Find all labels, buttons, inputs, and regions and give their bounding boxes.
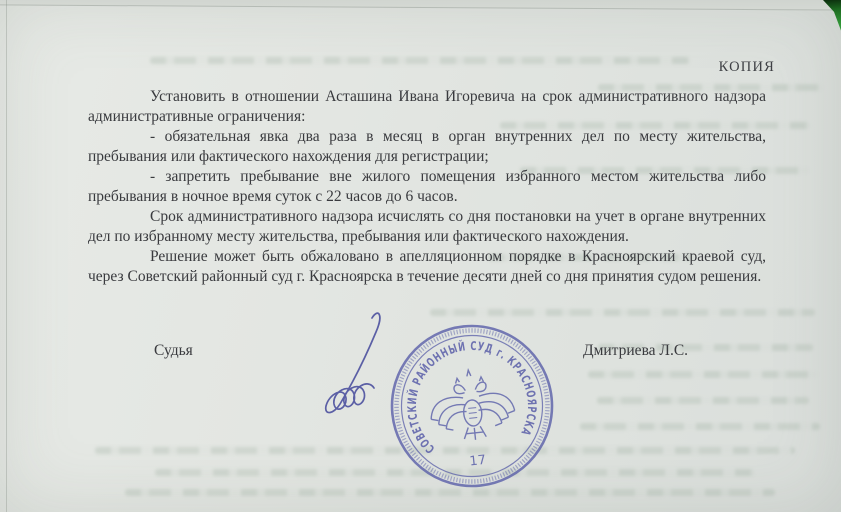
- paper-left-edge: [6, 0, 7, 512]
- document-body: Установить в отношении Асташина Ивана Иг…: [88, 87, 766, 287]
- bleed-through-smudge: [430, 309, 815, 316]
- paragraph-appeal: Решение может быть обжаловано в апелляци…: [88, 247, 766, 287]
- signature-role-label: Судья: [154, 342, 193, 360]
- double-headed-eagle-icon: [426, 366, 517, 444]
- bleed-through-smudge: [580, 423, 820, 430]
- paragraph-restriction-night: - запретить пребывание вне жилого помеще…: [88, 167, 766, 207]
- paragraph-term: Срок административного надзора исчислять…: [88, 207, 766, 247]
- paragraph-restrictions-intro: Установить в отношении Асташина Ивана Иг…: [88, 87, 766, 127]
- paragraph-restriction-registration: - обязательная явка два раза в месяц в о…: [88, 127, 766, 167]
- signature-stroke: [326, 313, 380, 412]
- court-stamp: СОВЕТСКИЙ РАЙОННЫЙ СУД г. КРАСНОЯРСКА 17: [377, 311, 566, 500]
- scanned-court-document: КОПИЯ Установить в отношении Асташина Ив…: [0, 0, 841, 512]
- copy-label: КОПИЯ: [719, 59, 775, 76]
- bleed-through-smudge: [588, 371, 818, 378]
- bleed-through-smudge: [597, 397, 809, 404]
- bleed-through-smudge: [150, 57, 690, 64]
- paper-top-edge: [0, 0, 841, 11]
- judge-name: Дмитриева Л.С.: [583, 342, 688, 360]
- stamp-number: 17: [469, 453, 487, 470]
